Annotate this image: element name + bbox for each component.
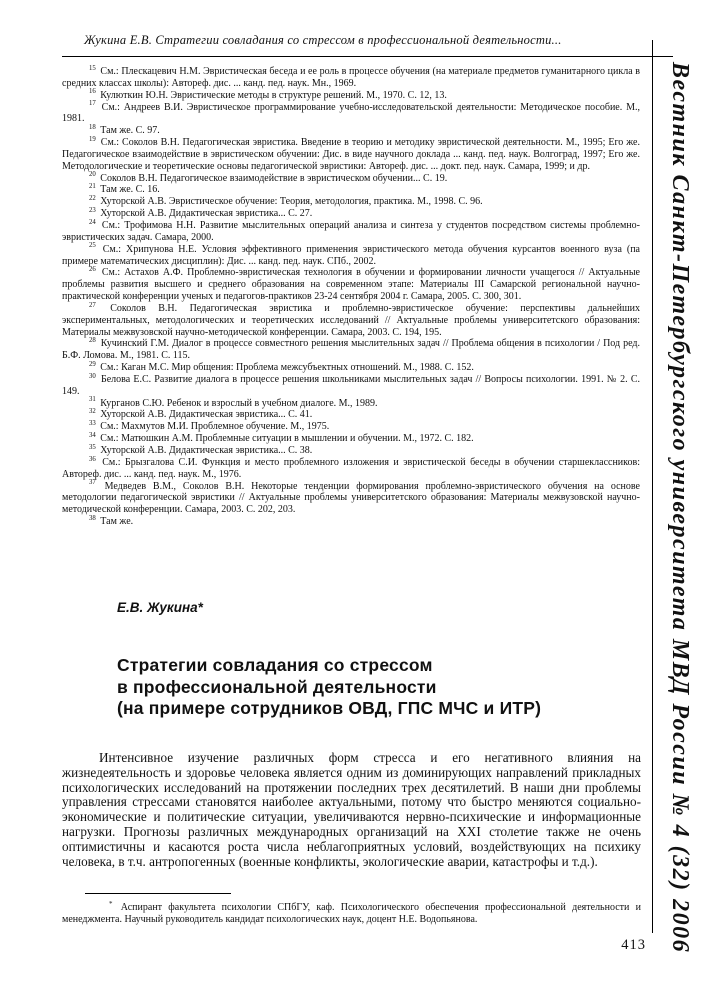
endnote: 21 Там же. С. 16. — [62, 184, 640, 196]
endnote-number: 37 — [89, 479, 96, 486]
endnote: 36 См.: Брызгалова С.И. Функция и место … — [62, 457, 640, 481]
endnote: 20 Соколов В.Н. Педагогическое взаимодей… — [62, 173, 640, 185]
endnote: 22 Хуторской А.В. Эвристическое обучение… — [62, 196, 640, 208]
endnote: 19 См.: Соколов В.Н. Педагогическая эври… — [62, 137, 640, 173]
endnote-number: 33 — [89, 420, 96, 427]
endnote: 37 Медведев В.М., Соколов В.Н. Некоторые… — [62, 481, 640, 517]
endnote-number: 21 — [89, 183, 96, 190]
author-footnote-body: Аспирант факультета психологии СПбГУ, ка… — [62, 902, 641, 925]
endnote-number: 32 — [89, 408, 96, 415]
endnote: 38 Там же. — [62, 516, 640, 528]
endnote: 24 См.: Трофимова Н.Н. Развитие мыслител… — [62, 220, 640, 244]
endnote: 18 Там же. С. 97. — [62, 125, 640, 137]
header-rule — [62, 56, 673, 57]
endnote: 34 См.: Матюшкин А.М. Проблемные ситуаци… — [62, 433, 640, 445]
article-title: Стратегии совладания со стрессом в профе… — [117, 655, 637, 720]
endnote-number: 31 — [89, 396, 96, 403]
article-title-line-3: (на примере сотрудников ОВД, ГПС МЧС и И… — [117, 698, 637, 720]
article-author: Е.В. Жукина* — [117, 600, 203, 615]
endnote: 33 См.: Махмутов М.И. Проблемное обучени… — [62, 421, 640, 433]
author-footnote-text: * Аспирант факультета психологии СПбГУ, … — [62, 902, 641, 927]
lead-paragraph-block: Интенсивное изучение различных форм стре… — [62, 751, 641, 869]
endnote-number: 38 — [89, 515, 96, 522]
endnote-number: 28 — [89, 337, 96, 344]
endnote-number: 26 — [89, 266, 96, 273]
page-number: 413 — [560, 937, 646, 954]
endnote-number: 16 — [89, 88, 96, 95]
endnote-number: 34 — [89, 432, 96, 439]
article-title-line-2: в профессиональной деятельности — [117, 677, 637, 699]
endnote-number: 17 — [89, 100, 96, 107]
endnote: 15 См.: Плескацевич Н.М. Эвристическая б… — [62, 66, 640, 90]
footnote-marker: * — [109, 900, 113, 908]
article-title-line-1: Стратегии совладания со стрессом — [117, 655, 637, 677]
endnote: 29 См.: Каган М.С. Мир общения: Проблема… — [62, 362, 640, 374]
endnote: 16 Кулюткин Ю.Н. Эвристические методы в … — [62, 90, 640, 102]
endnote-number: 23 — [89, 207, 96, 214]
endnote-number: 18 — [89, 124, 96, 131]
endnote: 27 Соколов В.Н. Педагогическая эвристика… — [62, 303, 640, 339]
endnote: 23 Хуторской А.В. Дидактическая эвристик… — [62, 208, 640, 220]
endnotes: 15 См.: Плескацевич Н.М. Эвристическая б… — [62, 66, 640, 528]
endnote: 17 См.: Андреев В.И. Эвристическое прогр… — [62, 102, 640, 126]
endnote-number: 29 — [89, 361, 96, 368]
endnote-number: 35 — [89, 444, 96, 451]
endnote-number: 15 — [89, 65, 96, 72]
endnote-number: 36 — [89, 456, 96, 463]
running-header: Жукина Е.В. Стратегии совладания со стре… — [84, 33, 644, 48]
journal-page: Жукина Е.В. Стратегии совладания со стре… — [0, 0, 709, 1003]
lead-paragraph: Интенсивное изучение различных форм стре… — [62, 751, 641, 869]
endnote: 35 Хуторской А.В. Дидактическая эвристик… — [62, 445, 640, 457]
endnote: 32 Хуторской А.В. Дидактическая эвристик… — [62, 409, 640, 421]
footnote-separator-rule — [85, 893, 231, 894]
endnote: 26 См.: Астахов А.Ф. Проблемно-эвристиче… — [62, 267, 640, 303]
author-footnote: * Аспирант факультета психологии СПбГУ, … — [62, 902, 641, 927]
endnote: 25 См.: Хрипунова Н.Е. Условия эффективн… — [62, 244, 640, 268]
sidebar-divider-rule — [652, 40, 653, 933]
endnote: 31 Курганов С.Ю. Ребенок и взрослый в уч… — [62, 398, 640, 410]
endnote: 30 Белова Е.С. Развитие диалога в процес… — [62, 374, 640, 398]
endnote-number: 20 — [89, 171, 96, 178]
journal-sidebar-title: Вестник Санкт-Петербургского университет… — [657, 62, 703, 934]
endnote-number: 27 — [89, 302, 96, 309]
endnote-number: 25 — [89, 242, 96, 249]
endnote-number: 30 — [89, 373, 96, 380]
endnote-number: 24 — [89, 219, 96, 226]
endnote-number: 22 — [89, 195, 96, 202]
endnote: 28 Кучинский Г.М. Диалог в процессе совм… — [62, 338, 640, 362]
endnote-number: 19 — [89, 136, 96, 143]
